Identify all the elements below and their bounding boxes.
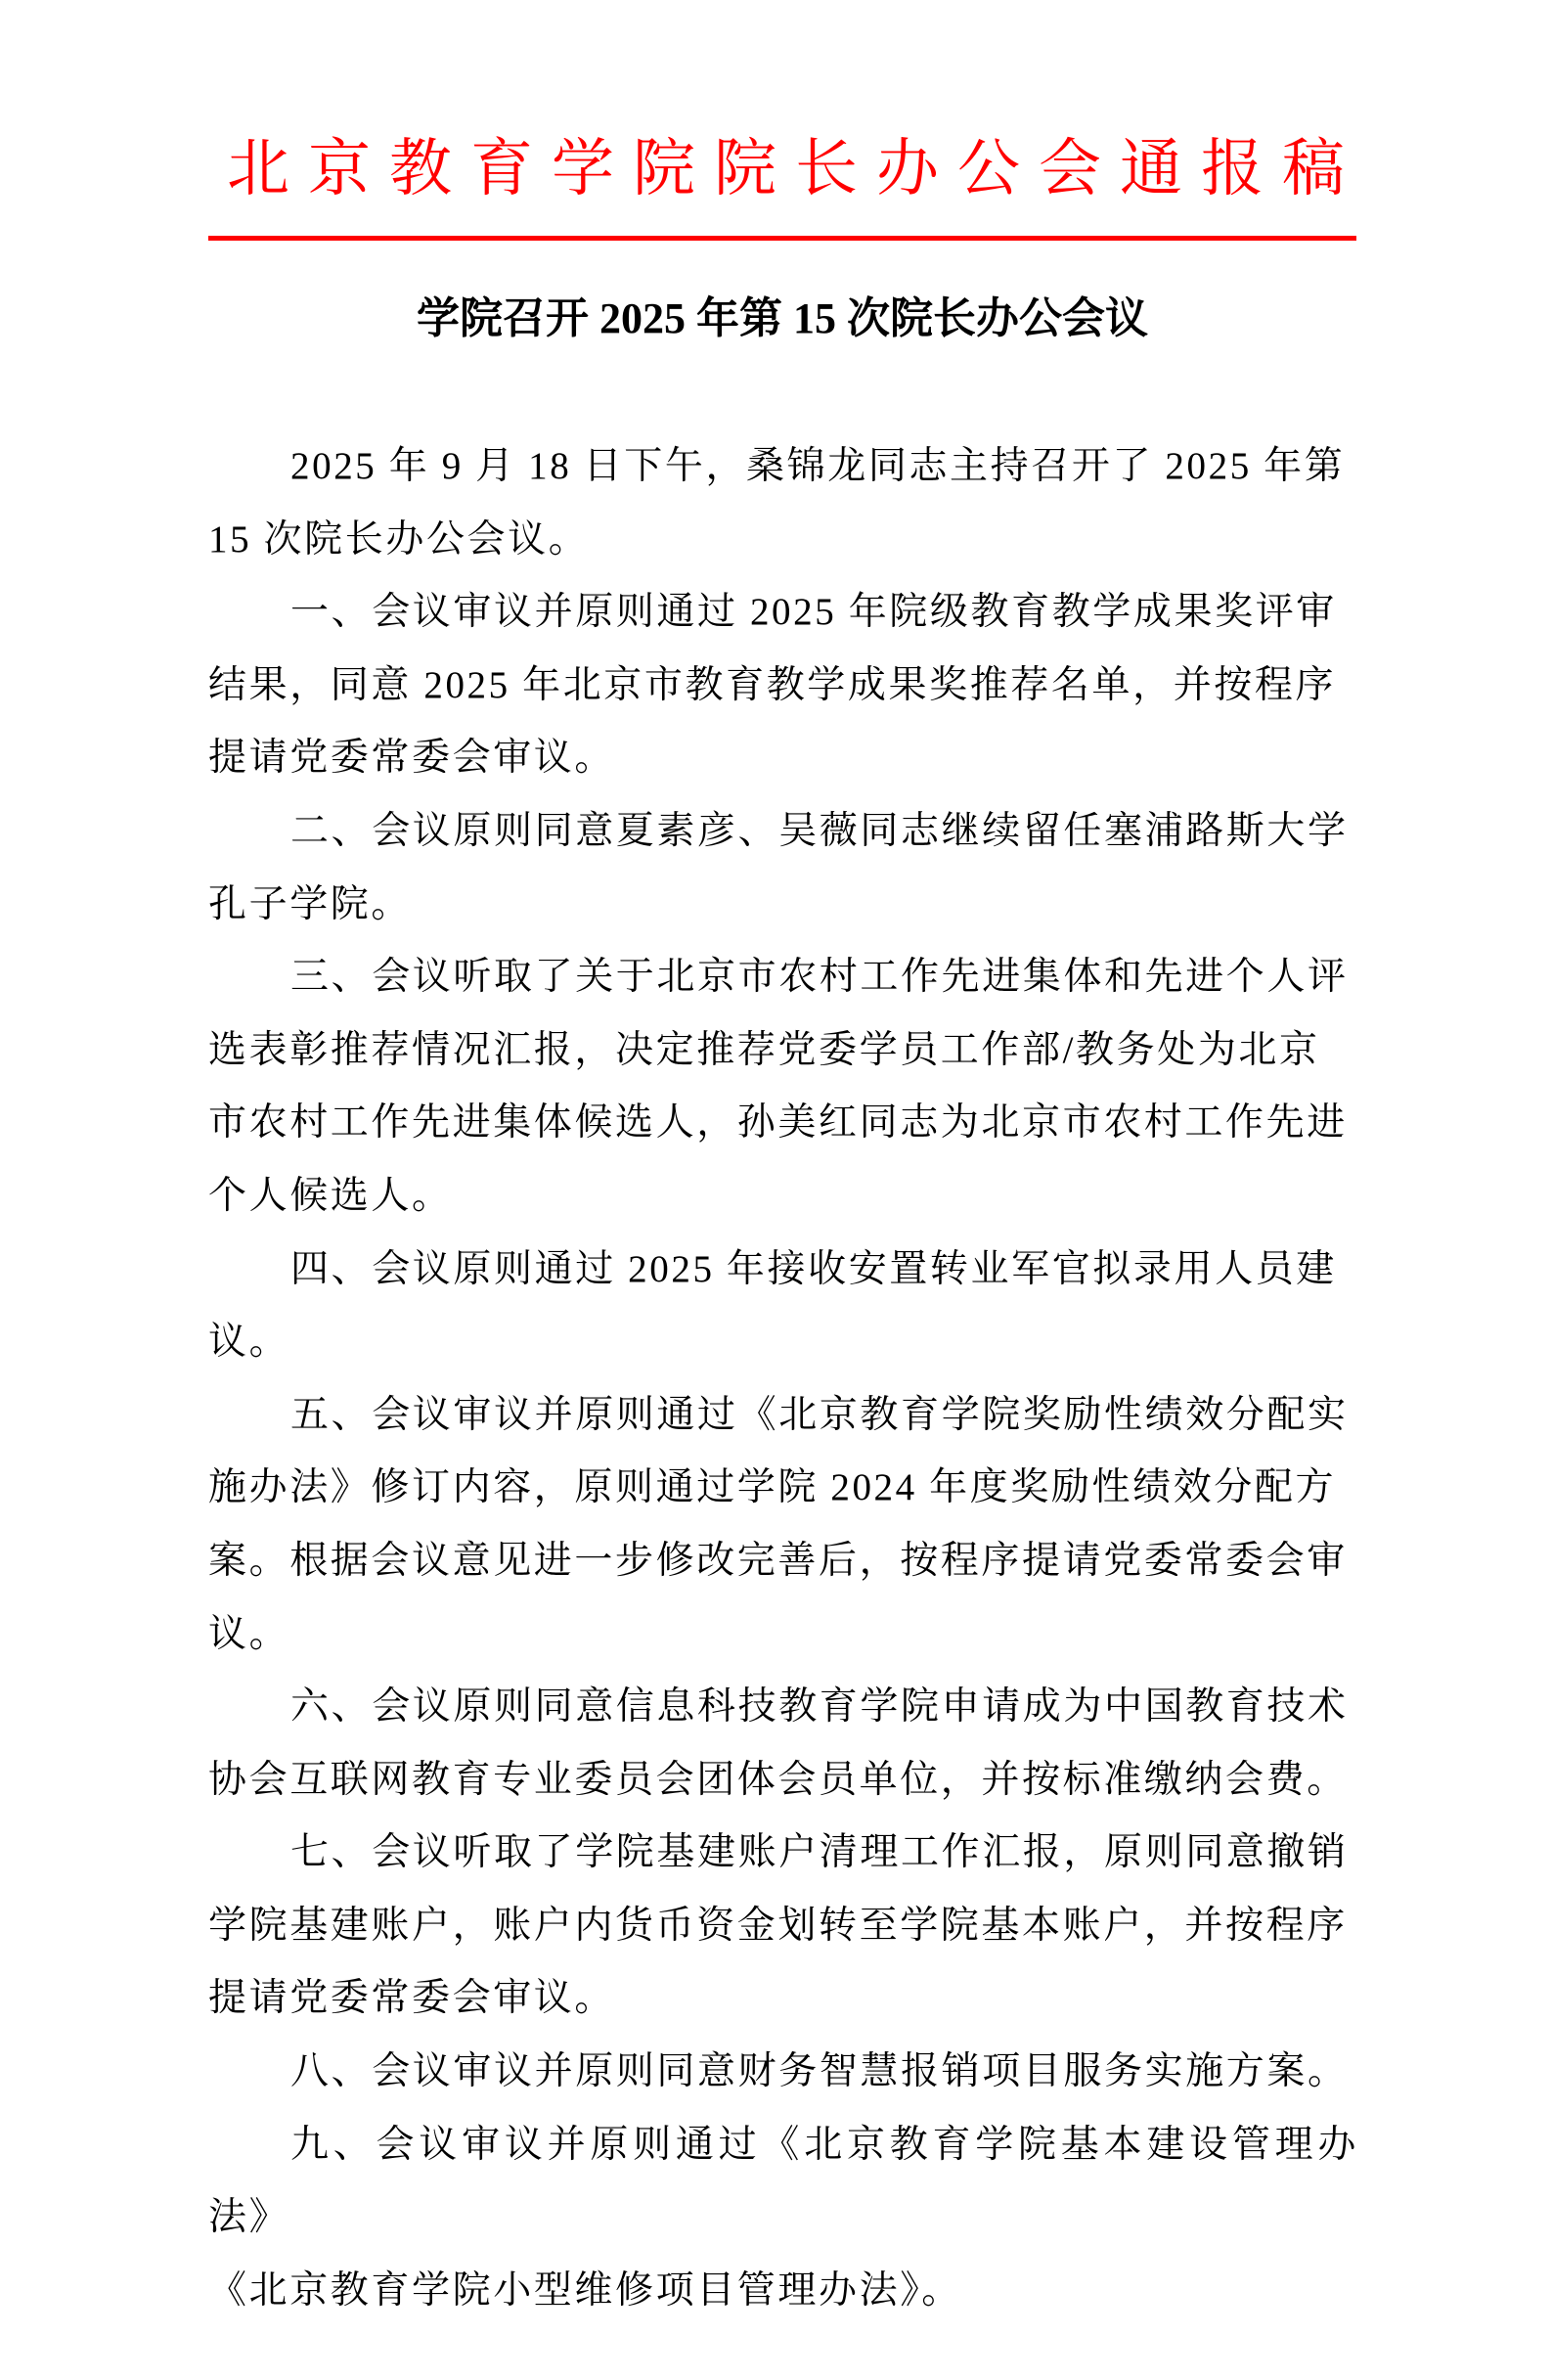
article-body: 2025 年 9 月 18 日下午，桑锦龙同志主持召开了 2025 年第 15 … <box>208 430 1358 2327</box>
paragraph-item-3: 三、会议听取了关于北京市农村工作先进集体和先进个人评 选表彰推荐情况汇报，决定推… <box>208 941 1358 1233</box>
text-line: 三、会议听取了关于北京市农村工作先进集体和先进个人评 <box>208 941 1358 1014</box>
text-line: 八、会议审议并原则同意财务智慧报销项目服务实施方案。 <box>208 2036 1358 2109</box>
paragraph-item-1: 一、会议审议并原则通过 2025 年院级教育教学成果奖评审 结果，同意 2025… <box>208 576 1358 795</box>
text-line: 议。 <box>208 1598 1358 1672</box>
text-line: 协会互联网教育专业委员会团体会员单位，并按标准缴纳会费。 <box>208 1744 1358 1818</box>
paragraph-intro: 2025 年 9 月 18 日下午，桑锦龙同志主持召开了 2025 年第 15 … <box>208 430 1358 576</box>
paragraph-item-6: 六、会议原则同意信息科技教育学院申请成为中国教育技术 协会互联网教育专业委员会团… <box>208 1671 1358 1817</box>
text-line: 15 次院长办公会议。 <box>208 504 1358 577</box>
text-line: 施办法》修订内容，原则通过学院 2024 年度奖励性绩效分配方 <box>208 1452 1358 1525</box>
text-line: 个人候选人。 <box>208 1160 1358 1234</box>
text-line: 结果，同意 2025 年北京市教育教学成果奖推荐名单，并按程序 <box>208 650 1358 723</box>
text-line: 《北京教育学院小型维修项目管理办法》。 <box>208 2255 1358 2328</box>
text-line: 议。 <box>208 1306 1358 1379</box>
paragraph-item-7: 七、会议听取了学院基建账户清理工作汇报，原则同意撤销 学院基建账户，账户内货币资… <box>208 1817 1358 2036</box>
text-line: 五、会议审议并原则通过《北京教育学院奖励性绩效分配实 <box>208 1379 1358 1453</box>
text-line: 七、会议听取了学院基建账户清理工作汇报，原则同意撤销 <box>208 1817 1358 1890</box>
paragraph-item-5: 五、会议审议并原则通过《北京教育学院奖励性绩效分配实 施办法》修订内容，原则通过… <box>208 1379 1358 1671</box>
document-page: 北京教育学院院长办公会通报稿 学院召开 2025 年第 15 次院长办公会议 2… <box>0 0 1552 2380</box>
paragraph-item-2: 二、会议原则同意夏素彦、吴薇同志继续留任塞浦路斯大学 孔子学院。 <box>208 795 1358 941</box>
text-line: 六、会议原则同意信息科技教育学院申请成为中国教育技术 <box>208 1671 1358 1744</box>
article-title: 学院召开 2025 年第 15 次院长办公会议 <box>208 290 1356 348</box>
text-line: 市农村工作先进集体候选人，孙美红同志为北京市农村工作先进 <box>208 1087 1358 1160</box>
text-line: 一、会议审议并原则通过 2025 年院级教育教学成果奖评审 <box>208 576 1358 650</box>
text-line: 二、会议原则同意夏素彦、吴薇同志继续留任塞浦路斯大学 <box>208 795 1358 869</box>
paragraph-item-9: 九、会议审议并原则通过《北京教育学院基本建设管理办法》 《北京教育学院小型维修项… <box>208 2109 1358 2328</box>
text-line: 提请党委常委会审议。 <box>208 722 1358 795</box>
text-line: 案。根据会议意见进一步修改完善后，按程序提请党委常委会审 <box>208 1525 1358 1598</box>
masthead-title: 北京教育学院院长办公会通报稿 <box>208 125 1356 213</box>
text-line: 2025 年 9 月 18 日下午，桑锦龙同志主持召开了 2025 年第 <box>208 430 1358 504</box>
text-line: 九、会议审议并原则通过《北京教育学院基本建设管理办法》 <box>208 2109 1358 2255</box>
paragraph-item-8: 八、会议审议并原则同意财务智慧报销项目服务实施方案。 <box>208 2036 1358 2109</box>
paragraph-item-4: 四、会议原则通过 2025 年接收安置转业军官拟录用人员建 议。 <box>208 1234 1358 1379</box>
text-line: 选表彰推荐情况汇报，决定推荐党委学员工作部/教务处为北京 <box>208 1014 1358 1088</box>
text-line: 四、会议原则通过 2025 年接收安置转业军官拟录用人员建 <box>208 1234 1358 1307</box>
text-line: 学院基建账户，账户内货币资金划转至学院基本账户，并按程序 <box>208 1890 1358 1963</box>
text-line: 提请党委常委会审议。 <box>208 1962 1358 2036</box>
text-line: 孔子学院。 <box>208 869 1358 942</box>
red-divider-rule <box>208 236 1356 241</box>
